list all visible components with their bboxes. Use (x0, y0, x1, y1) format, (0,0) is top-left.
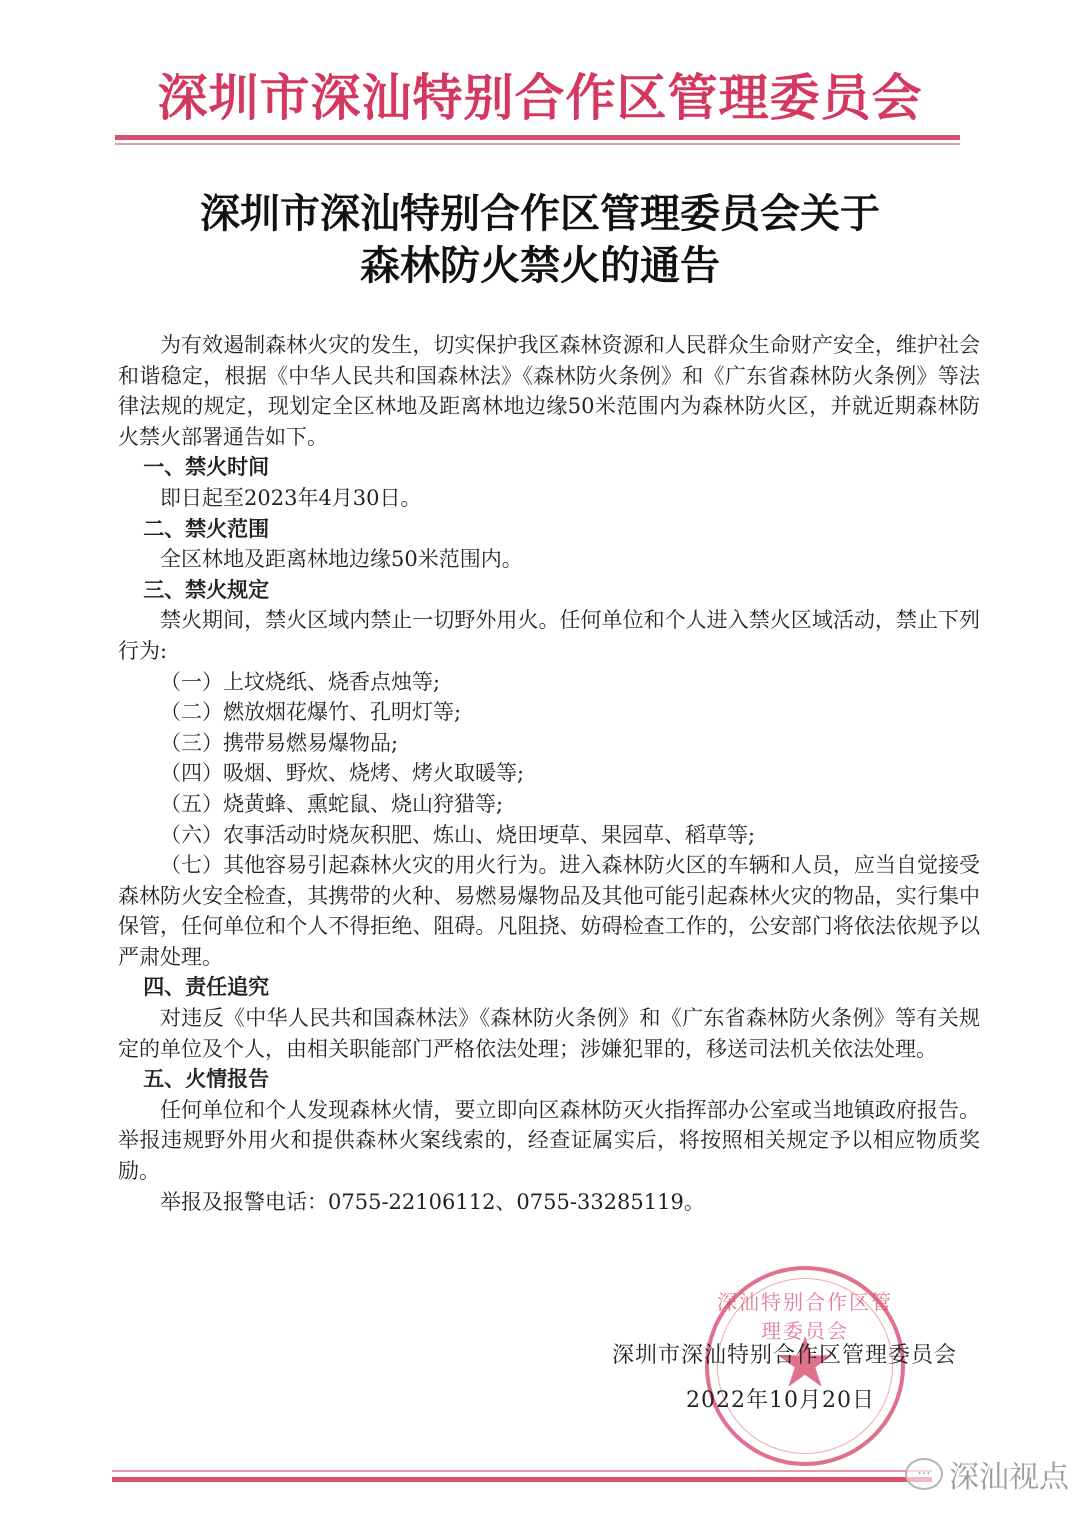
rule-item: （三）携带易燃易爆物品; (118, 728, 980, 759)
signature-date: 2022年10月20日 (686, 1383, 875, 1414)
letterhead-rule-thin (115, 143, 960, 145)
notice-title-line2: 森林防火禁火的通告 (0, 238, 1080, 294)
watermark-label: 深汕视点 (949, 1452, 1069, 1496)
section-heading-report: 五、火情报告 (118, 1064, 980, 1095)
intro-paragraph: 为有效遏制森林火灾的发生，切实保护我区森林资源和人民群众生命财产安全，维护社会和… (118, 330, 980, 452)
section-paragraph: 任何单位和个人发现森林火情，要立即向区森林防灭火指挥部办公室或当地镇政府报告。举… (118, 1095, 980, 1187)
hotline-paragraph: 举报及报警电话：0755-22106112、0755-33285119。 (118, 1187, 980, 1218)
rule-item: （六）农事活动时烧灰积肥、炼山、烧田埂草、果园草、稻草等; (118, 820, 980, 851)
footer-rule-thin (112, 1470, 932, 1472)
wechat-icon: ··· (905, 1458, 943, 1490)
signature-org: 深圳市深汕特别合作区管理委员会 (612, 1338, 957, 1369)
notice-body: 为有效遏制森林火灾的发生，切实保护我区森林资源和人民群众生命财产安全，维护社会和… (118, 330, 980, 1217)
section-heading-rules: 三、禁火规定 (118, 575, 980, 606)
rule-item: （七）其他容易引起森林火灾的用火行为。进入森林防火区的车辆和人员，应当自觉接受森… (118, 850, 980, 972)
section-paragraph: 禁火期间，禁火区域内禁止一切野外用火。任何单位和个人进入禁火区域活动，禁止下列行… (118, 605, 980, 666)
rule-item: （四）吸烟、野炊、烧烤、烤火取暖等; (118, 758, 980, 789)
rule-item: （二）燃放烟花爆竹、孔明灯等; (118, 697, 980, 728)
section-heading-time: 一、禁火时间 (118, 452, 980, 483)
watermark: ··· 深汕视点 (905, 1452, 1069, 1496)
footer-rule-thick (112, 1477, 932, 1482)
rule-item: （五）烧黄蜂、熏蛇鼠、烧山狩猎等; (118, 789, 980, 820)
rule-item: （一）上坟烧纸、烧香点烛等; (118, 667, 980, 698)
letterhead-rule-thick (115, 135, 960, 140)
notice-title-line1: 深圳市深汕特别合作区管理委员会关于 (0, 186, 1080, 242)
section-paragraph: 即日起至2023年4月30日。 (118, 483, 980, 514)
section-heading-liability: 四、责任追究 (118, 972, 980, 1003)
section-heading-scope: 二、禁火范围 (118, 514, 980, 545)
org-letterhead: 深圳市深汕特别合作区管理委员会 (0, 58, 1080, 130)
section-paragraph: 全区林地及距离林地边缘50米范围内。 (118, 544, 980, 575)
section-paragraph: 对违反《中华人民共和国森林法》《森林防火条例》和《广东省森林防火条例》等有关规定… (118, 1003, 980, 1064)
